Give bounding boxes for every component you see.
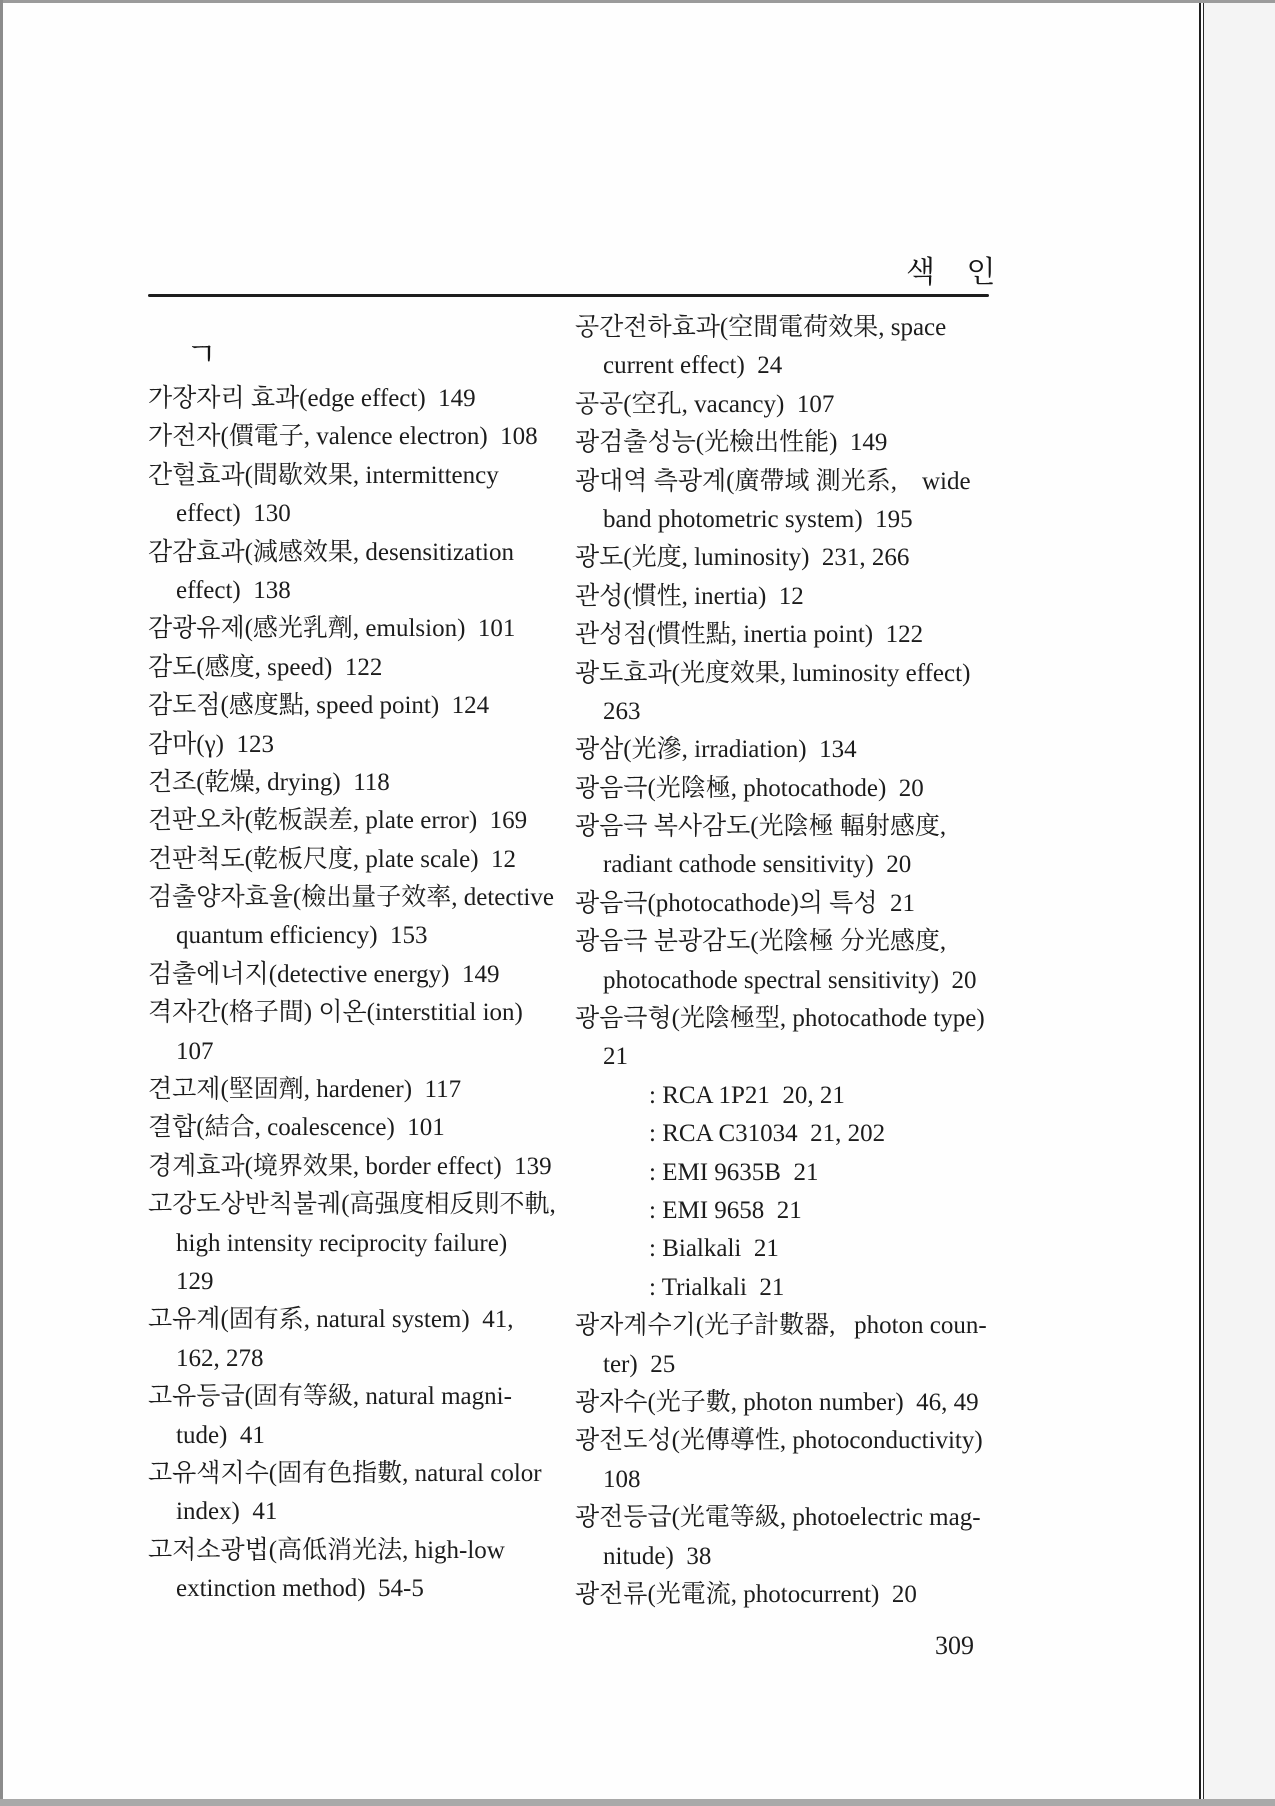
index-line: : Bialkali 21 (575, 1230, 1020, 1268)
index-line: 21 (575, 1038, 1020, 1076)
index-line: 결합(結合, coalescence) 101 (148, 1109, 593, 1147)
index-line: 광전류(光電流, photocurrent) 20 (575, 1576, 1020, 1614)
index-line: 162, 278 (148, 1340, 593, 1378)
index-line: : RCA C31034 21, 202 (575, 1115, 1020, 1153)
index-line: 광자계수기(光子計數器, photon coun- (575, 1307, 1020, 1345)
index-line: 107 (148, 1033, 593, 1071)
index-line: tude) 41 (148, 1417, 593, 1455)
index-line: 가전자(價電子, valence electron) 108 (148, 418, 593, 456)
index-line: 검출에너지(detective energy) 149 (148, 956, 593, 994)
index-line: radiant cathode sensitivity) 20 (575, 846, 1020, 884)
index-line: 격자간(格子間) 이온(interstitial ion) (148, 994, 593, 1032)
index-line: 감광유제(感光乳劑, emulsion) 101 (148, 610, 593, 648)
index-line: extinction method) 54-5 (148, 1570, 593, 1608)
index-line: 고유계(固有系, natural system) 41, (148, 1301, 593, 1339)
index-line: 263 (575, 693, 1020, 731)
index-line: 광전도성(光傳導性, photoconductivity) (575, 1422, 1020, 1460)
index-line: effect) 130 (148, 495, 593, 533)
index-line: 관성(慣性, inertia) 12 (575, 578, 1020, 616)
index-line: 108 (575, 1461, 1020, 1499)
index-line: 광음극 분광감도(光陰極 分光感度, (575, 923, 1020, 961)
index-line: 광검출성능(光檢出性能) 149 (575, 424, 1020, 462)
index-line: ter) 25 (575, 1346, 1020, 1384)
index-column-left: 가장자리 효과(edge effect) 149가전자(價電子, valence… (148, 380, 593, 1609)
index-line: 광도(光度, luminosity) 231, 266 (575, 539, 1020, 577)
scan-edge-bottom (0, 1799, 1275, 1806)
index-line: 건조(乾燥, drying) 118 (148, 764, 593, 802)
index-line: 광전등급(光電等級, photoelectric mag- (575, 1499, 1020, 1537)
index-line: 검출양자효율(檢出量子效率, detective (148, 879, 593, 917)
book-page: 색 인 ㄱ 가장자리 효과(edge effect) 149가전자(價電子, v… (3, 3, 1199, 1799)
index-line: nitude) 38 (575, 1538, 1020, 1576)
index-line: 감마(γ) 123 (148, 726, 593, 764)
index-line: 감도점(感度點, speed point) 124 (148, 687, 593, 725)
index-line: quantum efficiency) 153 (148, 917, 593, 955)
index-line: 건판오차(乾板誤差, plate error) 169 (148, 802, 593, 840)
index-line: 광대역 측광계(廣帶域 測光系, wide (575, 463, 1020, 501)
index-line: 공간전하효과(空間電荷效果, space (575, 309, 1020, 347)
header-rule (148, 294, 989, 297)
index-line: 광도효과(光度效果, luminosity effect) (575, 655, 1020, 693)
index-line: 고유등급(固有等級, natural magni- (148, 1378, 593, 1416)
page-header-title: 색 인 (906, 247, 996, 291)
index-column-right: 공간전하효과(空間電荷效果, spacecurrent effect) 24공공… (575, 309, 1020, 1614)
index-line: 광음극 복사감도(光陰極 輻射感度, (575, 808, 1020, 846)
index-line: : EMI 9635B 21 (575, 1154, 1020, 1192)
index-line: 간헐효과(間歇效果, intermittency (148, 457, 593, 495)
index-line: 광음극(photocathode)의 특성 21 (575, 885, 1020, 923)
scan-edge-right (1199, 3, 1204, 1799)
index-line: 광음극(光陰極, photocathode) 20 (575, 770, 1020, 808)
index-line: 광삼(光滲, irradiation) 134 (575, 731, 1020, 769)
index-line: 경계효과(境界效果, border effect) 139 (148, 1148, 593, 1186)
index-line: current effect) 24 (575, 347, 1020, 385)
index-line: 129 (148, 1263, 593, 1301)
index-line: 가장자리 효과(edge effect) 149 (148, 380, 593, 418)
index-line: high intensity reciprocity failure) (148, 1225, 593, 1263)
index-line: 고유색지수(固有色指數, natural color (148, 1455, 593, 1493)
index-line: 견고제(堅固劑, hardener) 117 (148, 1071, 593, 1109)
index-line: effect) 138 (148, 572, 593, 610)
index-line: : RCA 1P21 20, 21 (575, 1077, 1020, 1115)
index-line: 광자수(光子數, photon number) 46, 49 (575, 1384, 1020, 1422)
index-line: 광음극형(光陰極型, photocathode type) (575, 1000, 1020, 1038)
index-line: 고저소광법(高低消光法, high-low (148, 1532, 593, 1570)
index-line: 고강도상반칙불궤(高强度相反則不軌, (148, 1186, 593, 1224)
index-line: : Trialkali 21 (575, 1269, 1020, 1307)
index-line: 건판척도(乾板尺度, plate scale) 12 (148, 841, 593, 879)
index-line: index) 41 (148, 1493, 593, 1531)
page-number: 309 (935, 1631, 974, 1661)
index-line: 관성점(慣性點, inertia point) 122 (575, 616, 1020, 654)
index-line: 감도(感度, speed) 122 (148, 649, 593, 687)
index-line: band photometric system) 195 (575, 501, 1020, 539)
index-line: 감감효과(減感效果, desensitization (148, 534, 593, 572)
section-marker-giyeok: ㄱ (186, 335, 217, 373)
index-line: : EMI 9658 21 (575, 1192, 1020, 1230)
index-line: 공공(空孔, vacancy) 107 (575, 386, 1020, 424)
index-line: photocathode spectral sensitivity) 20 (575, 962, 1020, 1000)
